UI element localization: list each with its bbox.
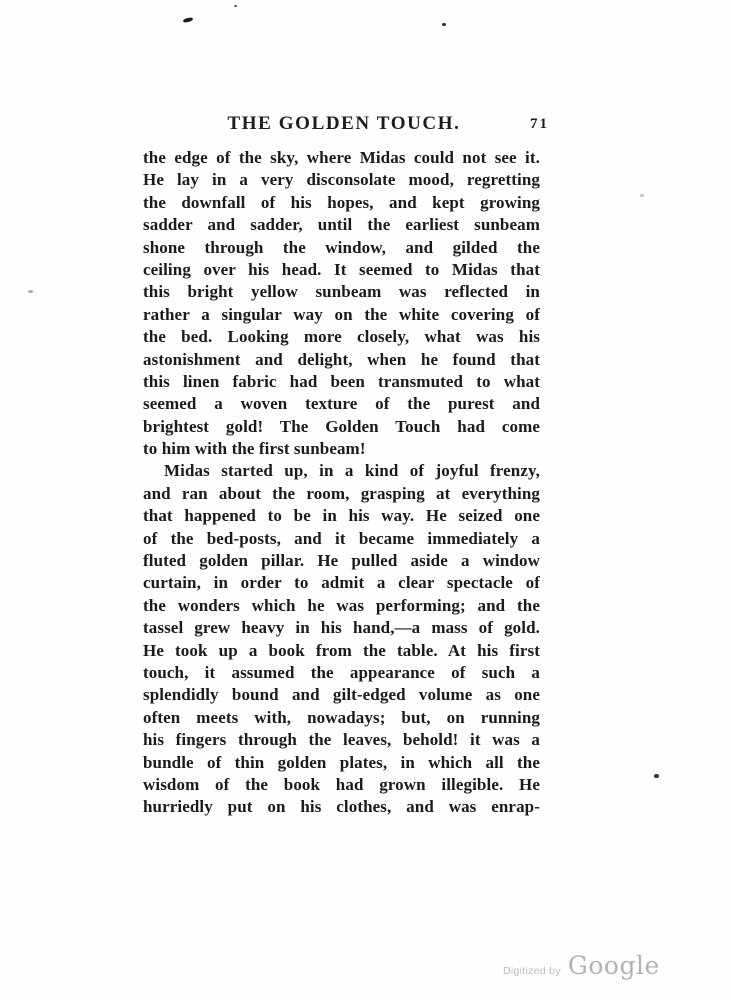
- text-line: hurriedly put on his clothes, and was en…: [143, 796, 540, 818]
- text-line: He lay in a very disconsolate mood, regr…: [143, 169, 540, 191]
- scan-speck: [234, 5, 237, 7]
- text-line: curtain, in order to admit a clear spect…: [143, 572, 540, 594]
- scan-speck: [183, 17, 194, 23]
- book-page-scan: THE GOLDEN TOUCH. 71 the edge of the sky…: [0, 0, 731, 1000]
- text-line: brightest gold! The Golden Touch had com…: [143, 416, 540, 438]
- page-number: 71: [530, 116, 549, 133]
- text-line: wisdom of the book had grown illegible. …: [143, 774, 540, 796]
- scan-speck: [442, 23, 446, 26]
- text-line: this bright yellow sunbeam was reflected…: [143, 281, 540, 303]
- text-line: sadder and sadder, until the earliest su…: [143, 214, 540, 236]
- text-line: shone through the window, and gilded the: [143, 237, 540, 259]
- text-line: to him with the first sunbeam!: [143, 438, 540, 460]
- text-line: that happened to be in his way. He seize…: [143, 505, 540, 527]
- text-line: rather a singular way on the white cover…: [143, 304, 540, 326]
- digitized-by-watermark: Digitized by Google: [503, 953, 660, 978]
- body-text: the edge of the sky, where Midas could n…: [143, 147, 540, 819]
- text-line: of the bed-posts, and it became immediat…: [143, 528, 540, 550]
- scan-speck: [28, 290, 33, 293]
- page-header: THE GOLDEN TOUCH. 71: [143, 113, 545, 139]
- text-line: the bed. Looking more closely, what was …: [143, 326, 540, 348]
- watermark-text: Digitized by: [503, 965, 561, 977]
- text-line: the edge of the sky, where Midas could n…: [143, 147, 540, 169]
- text-line: splendidly bound and gilt-edged volume a…: [143, 684, 540, 706]
- scan-speck: [654, 774, 659, 778]
- text-line: touch, it assumed the appearance of such…: [143, 662, 540, 684]
- text-line: his fingers through the leaves, behold! …: [143, 729, 540, 751]
- running-title: THE GOLDEN TOUCH.: [228, 113, 461, 134]
- text-line: the downfall of his hopes, and kept grow…: [143, 192, 540, 214]
- text-line: fluted golden pillar. He pulled aside a …: [143, 550, 540, 572]
- text-line: astonishment and delight, when he found …: [143, 349, 540, 371]
- text-line: Midas started up, in a kind of joyful fr…: [143, 460, 540, 482]
- text-line: often meets with, nowadays; but, on runn…: [143, 707, 540, 729]
- text-line: bundle of thin golden plates, in which a…: [143, 752, 540, 774]
- text-line: this linen fabric had been transmuted to…: [143, 371, 540, 393]
- text-line: seemed a woven texture of the purest and: [143, 393, 540, 415]
- text-line: and ran about the room, grasping at ever…: [143, 483, 540, 505]
- scan-speck: [640, 194, 644, 197]
- text-line: ceiling over his head. It seemed to Mida…: [143, 259, 540, 281]
- google-logo: Google: [568, 953, 660, 978]
- text-line: the wonders which he was performing; and…: [143, 595, 540, 617]
- text-line: He took up a book from the table. At his…: [143, 640, 540, 662]
- text-line: tassel grew heavy in his hand,—a mass of…: [143, 617, 540, 639]
